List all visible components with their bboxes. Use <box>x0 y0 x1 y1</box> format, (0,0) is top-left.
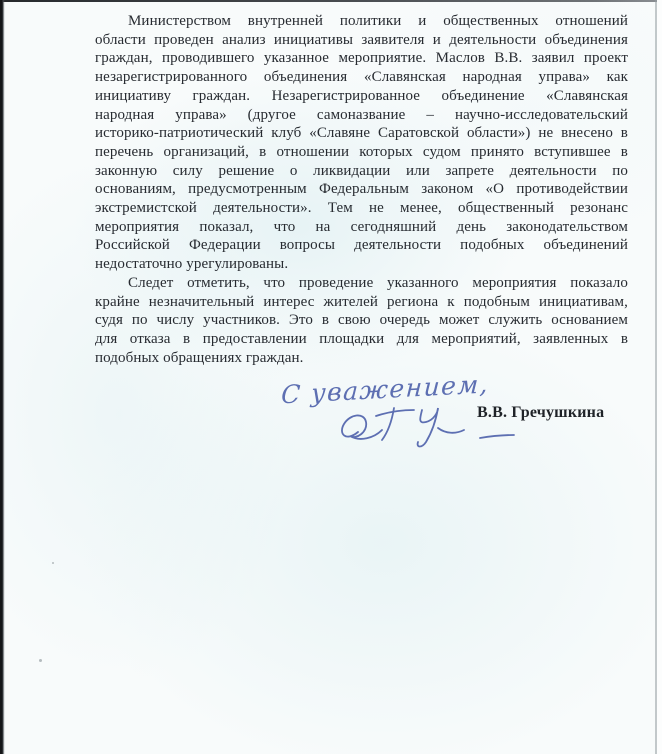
text-line: граждан, проводившего указанное мероприя… <box>95 49 628 68</box>
text-line: крайне незначительный интерес жителей ре… <box>95 293 628 312</box>
text-line: недостаточно урегулированы. <box>95 255 628 274</box>
scan-edge-right-line <box>655 0 657 754</box>
scan-edge-left <box>0 0 5 754</box>
text-line: области проведен анализ инициативы заяви… <box>95 31 628 50</box>
text-line: мероприятия показал, что на сегодняшний … <box>95 218 628 237</box>
text-line: для отказа в предоставлении площадки для… <box>95 330 628 349</box>
text-line: историко-патриотический клуб «Славяне Са… <box>95 124 628 143</box>
signatory-name: В.В. Гречушкина <box>477 404 627 422</box>
scanned-letter-page: Министерством внутренней политики и обще… <box>0 0 662 754</box>
text-line: перечень организаций, в отношении которы… <box>95 143 628 162</box>
paragraph: Следет отметить, что проведение указанно… <box>95 274 628 368</box>
text-line: народная управа» (другое самоназвание – … <box>95 106 628 125</box>
text-line: незарегистрированного объединения «Славя… <box>95 68 628 87</box>
text-line: Следет отметить, что проведение указанно… <box>95 274 628 293</box>
scan-speck <box>39 659 42 662</box>
text-line: основаниям, предусмотренным Федеральным … <box>95 180 628 199</box>
text-line: Министерством внутренней политики и обще… <box>95 12 628 31</box>
text-line: инициативу граждан. Незарегистрированное… <box>95 87 628 106</box>
paragraph: Министерством внутренней политики и обще… <box>95 12 628 274</box>
letter-body: Министерством внутренней политики и обще… <box>95 12 628 367</box>
scan-speck <box>52 562 54 564</box>
text-line: подобных обращениях граждан. <box>95 349 628 368</box>
scan-edge-right-band <box>657 0 662 754</box>
text-line: Российской Федерации вопросы деятельност… <box>95 236 628 255</box>
scan-edge-top <box>0 0 662 2</box>
text-line: законную силу решение о ликвидации или з… <box>95 162 628 181</box>
text-line: экстремистской деятельности». Тем не мен… <box>95 199 628 218</box>
text-line: судя по числу участников. Это в свою оче… <box>95 311 628 330</box>
